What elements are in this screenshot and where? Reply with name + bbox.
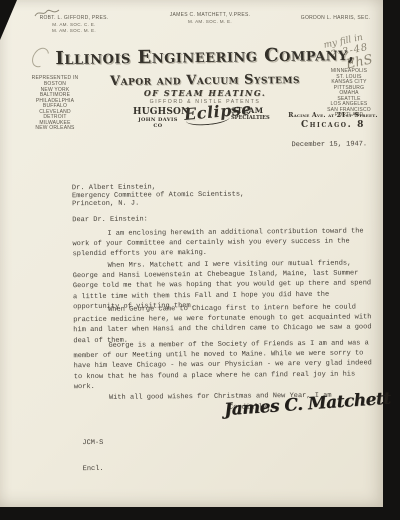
typist-initials: JCM-S — [82, 439, 103, 447]
recipient-address: Dr. Albert Einstein, Emergency Committee… — [72, 183, 244, 209]
paragraph: I am enclosing herewith an additional co… — [72, 226, 372, 259]
letter-date: December 15, 1947. — [291, 140, 367, 149]
recipient-line: Princeton, N. J. — [72, 199, 244, 209]
scanned-letter: ROBT. L. GIFFORD, PRES. M. AM. SOC. C. E… — [0, 0, 400, 520]
paragraph: George is a member of the Society of Fri… — [73, 338, 373, 392]
salutation: Dear Dr. Einstein: — [72, 215, 148, 224]
letter-paper: ROBT. L. GIFFORD, PRES. M. AM. SOC. C. E… — [0, 0, 383, 507]
enclosure-notation: Encl. — [83, 465, 104, 473]
typed-letter-body: December 15, 1947. Dr. Albert Einstein, … — [0, 0, 400, 520]
